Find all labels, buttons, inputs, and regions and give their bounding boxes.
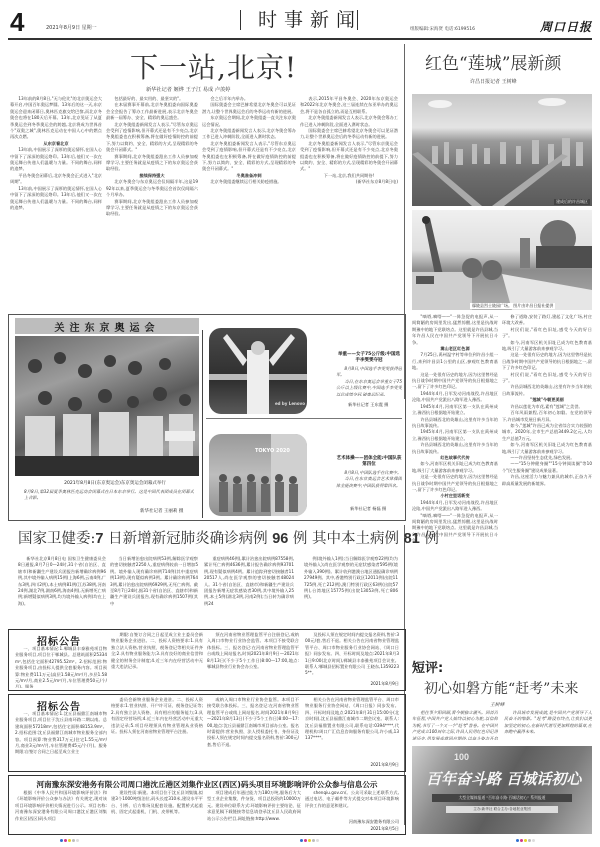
issue-date: 2021年8月9日 星期一 (46, 24, 97, 31)
side-story-1-title: 举重——女子75公斤级:中国选手李雯雯夺冠 (336, 352, 402, 364)
section-divider-right (357, 10, 358, 30)
gymnasts-graphic (209, 434, 307, 516)
olympics-main-credit: 新华社记者 王丽莉 摄 (140, 508, 183, 514)
ad-slogan: 百年奋斗路 百城话初心 (426, 768, 581, 789)
side-story-2-title: 艺术体操——团体全能:中国队获第四位 (336, 456, 402, 468)
olympics-main-caption: 8月8日,第32届夏季奥林匹克运动会闭幕式在日本东京举行。这是中国代表团成员在闭… (24, 489, 194, 503)
lead-byline: 新华社记者 姬烨 王子江 易成 卢羡婷 (146, 86, 230, 93)
registration-mark-left (60, 839, 79, 842)
right-article-byline: 许昌日报记者 王树峰 (470, 78, 517, 85)
tender-2-column-4: 相关公告在河南省物业管理监管平台、周口市物业服务行业协会网站、《周口日报》同步发… (305, 697, 399, 761)
cannon-graphic (412, 210, 592, 310)
right-article-title: 红色“莲城”展新颜 (425, 54, 561, 74)
tender-2-column-1: 一、项目基本情况:1.沈丘县福鼎江南城市物业服务项目,项目位于沈丘县南环路二期以… (15, 711, 107, 769)
side-story-1-text: 8月8日,中国选手李雯雯获得冠军。 当日,在东京奥运会举重女子75公斤以上级比赛… (336, 366, 402, 396)
covid-column-1: 新华社北京8月8日电 国家卫生健康委员会8日通报,8月7日0—24时,31个省(… (18, 556, 106, 622)
env-notice-title: 河南豫东深安港务有限公司周口港沈丘港区刘集作业区(西区)码头项目环境影响评价公众… (13, 779, 401, 790)
side-story-1-credit: 新华社记者 王东震 摄 (348, 402, 388, 408)
gymnastics-photo: TOKYO 2020 (209, 434, 307, 516)
env-column-4: shenqiu.gov.cn/。公众可采取上述联系方式,通过电话、电子邮件等方式… (305, 790, 399, 816)
weightlifting-watermark: ed by Lenovo (275, 401, 305, 406)
short-comment-label: 短评: (412, 661, 443, 677)
section-divider-left (240, 10, 241, 30)
env-column-2: 建设性质:新建。本项目位于沈丘县刘集镇,拟建3个1000吨级泊位,码头长度310… (111, 790, 203, 832)
ad-badge: 100 (454, 752, 469, 762)
city-photo-caption: 建成后的许昌城区 (554, 199, 590, 205)
tender-1-date: 2021年8月9日 (370, 681, 399, 687)
env-column-3: 项目建成后年通过能力为180万吨,服务后方大型工业企业集散、件杂货、项目总投资约… (207, 790, 301, 832)
olympics-inner-divider (202, 330, 203, 518)
section-title: 时事新闻 (258, 9, 362, 31)
env-date: 2021年8月5日 (370, 826, 399, 832)
tender-1-column-2: 期限:自签订合同之日起至成立业主委员会新物业服务企业进驻。二、投标人资格要求:1… (111, 632, 203, 688)
city-aerial-photo: 建成后的许昌城区 (412, 94, 592, 206)
lead-title: 下一站,北京! (130, 52, 297, 84)
covid-title: 国家卫健委:7 日新增新冠肺炎确诊病例 96 例 其中本土病例 81 例 (18, 530, 439, 548)
olympics-main-caption-title: 2021年8月8日(东京奥运会)东京奥运会闭幕式举行 (40, 480, 190, 486)
lead-column-1: 13年前的8月8日,"无与伦比"的北京奥运会大幕开启,中国百年奥运梦圆。13年后… (10, 96, 102, 286)
env-column-1: 根据《中华人民共和国环境影响评价法》和《环境影响评价公众参与办法》有关规定,现对… (15, 790, 107, 832)
side-story-2-text: 8月8日,中国队选手在比赛中。 当日,在东京奥运会艺术体操团体全能决赛中,中国队… (336, 470, 402, 500)
ad-line-1: 大型全媒体报道 "百年奋斗路·百城话初心" 系列报道 (432, 794, 572, 802)
olympics-header: 关注东京奥运会 (15, 318, 199, 334)
page-number: 4 (10, 8, 24, 36)
editor-line: 组版编辑:宋海贤 电话:6199516 (410, 26, 475, 32)
memorial-photo: 鄢陵县烈士陵园广场。 图片由许昌日报社提供 (412, 210, 592, 310)
paper-logo: 周口日报 (540, 18, 592, 35)
short-comment-title: 初心如磐方能“赶考”未来 (424, 680, 578, 698)
ad-line-2: 主办:新华社 联合主办:各地报业集团 (446, 806, 558, 813)
lead-column-4: 表示,2015年平昌冬奥会、2020年东京奥运会和2022年北京冬奥会,这三届连… (300, 96, 398, 296)
short-comment-column-2: 许昌城市发展成就,是中国共产党领导下人民奋斗的缩影。"赶考"路没有终点,让我们以… (504, 710, 592, 740)
weightlifting-photo: ed by Lenovo (209, 328, 307, 414)
tender-notice-1: 招标公告 一、项目基本情况:1.郸城县丰泰雅苑项目物业服务项目,项目位于郸城县。… (8, 629, 406, 691)
covid-column-3: 重症病例46例),累计治愈出院病例87558例,累计死亡病例4636例,累计报告… (204, 556, 294, 622)
city-skyline-graphic (412, 94, 592, 206)
lead-column-2: 包括最好的、最实用的、最坚实的"。 在本届赛事开幕前,北京冬奥组委向国际奥委会全… (106, 96, 198, 286)
tender-2-column-3: 或纳入周口市物业行业协会监管。本项目不接受联合体投标。三、报名登记:在河南省物业… (207, 697, 299, 769)
short-comment-column-1: 把往事夕阳回顾,看今朝独立潮头。回首百年征程,中国共产党人始终以初心为舵,以信仰… (412, 710, 498, 740)
tender-notice-2: 招标公告 一、项目基本情况:1.沈丘县福鼎江南城市物业服务项目,项目位于沈丘县南… (8, 694, 406, 772)
side-story-divider (206, 418, 402, 419)
masthead-rule (8, 38, 592, 40)
tender-2-date: 2021年8月9日 (370, 762, 399, 768)
registration-mark-right (516, 839, 535, 842)
tender-1-column-4: 及投标人须在规定时间内提交报名资料,售价:300元/套,售后不退。相关公告在河南… (305, 632, 399, 680)
crowd-photo-graphic (15, 336, 199, 476)
ad-banner: 100 百年奋斗路 百城话初心 大型全媒体报道 "百年奋斗路·百城话初心" 系列… (412, 746, 592, 834)
olympics-header-text: 关注东京奥运会 (55, 319, 160, 334)
tender-2-column-2: 委员会新物业服务企业进驻。二、投标人资格要求:1.营业执照、开户许可证、税务登记… (111, 697, 203, 769)
memorial-photo-caption: 鄢陵县烈士陵园广场。 图片由许昌日报社提供 (470, 303, 555, 309)
covid-column-2: 当日新增治愈出院病例53例,解除医学观察的密切接触者2250人,重症病例较前一日… (110, 556, 198, 622)
tender-1-column-1: 一、项目基本情况:1.郸城县丰泰雅苑项目物业服务项目,项目位于郸城县。总建筑面积… (15, 646, 107, 688)
lead-column-3: 会之后半年内举办。 国际奥委会主席巴赫希望北京冬奥会可以见证潜力,让整个世界奥运… (202, 96, 296, 296)
env-notice: 河南豫东深安港务有限公司周口港沈丘港区刘集作业区(西区)码头项目环境影响评价公众… (8, 775, 406, 835)
tender-1-column-3: 须在河南省物业管理监管平台注册登记,或纳入周口市物业行业协会监管。本项目不接受联… (207, 632, 299, 688)
registration-mark-center (300, 839, 319, 842)
right-column-1: "嘀嗒,嘀嗒——"一阵急促的电报声,从一间简陋的房间里发出,猛然惊醒,这里是抗战… (412, 314, 498, 676)
gymnastics-watermark: TOKYO 2020 (255, 448, 290, 454)
right-column-2: 修了道路,安装了路灯,建起了文化广场,村庄环境大改善。 村民们说,"看红色旧址,… (502, 314, 592, 676)
env-company: 河南豫东深安港务有限公司 (349, 819, 399, 825)
covid-column-4: 例(境外输入1例);当日解除医学观察22例(均为境外输入);尚在医学观察的无症状… (304, 556, 398, 622)
short-comment-author: 王树峰 (490, 701, 504, 708)
side-story-2-credit: 新华社记者 杨磊 摄 (350, 506, 386, 512)
olympics-main-photo (15, 336, 199, 476)
